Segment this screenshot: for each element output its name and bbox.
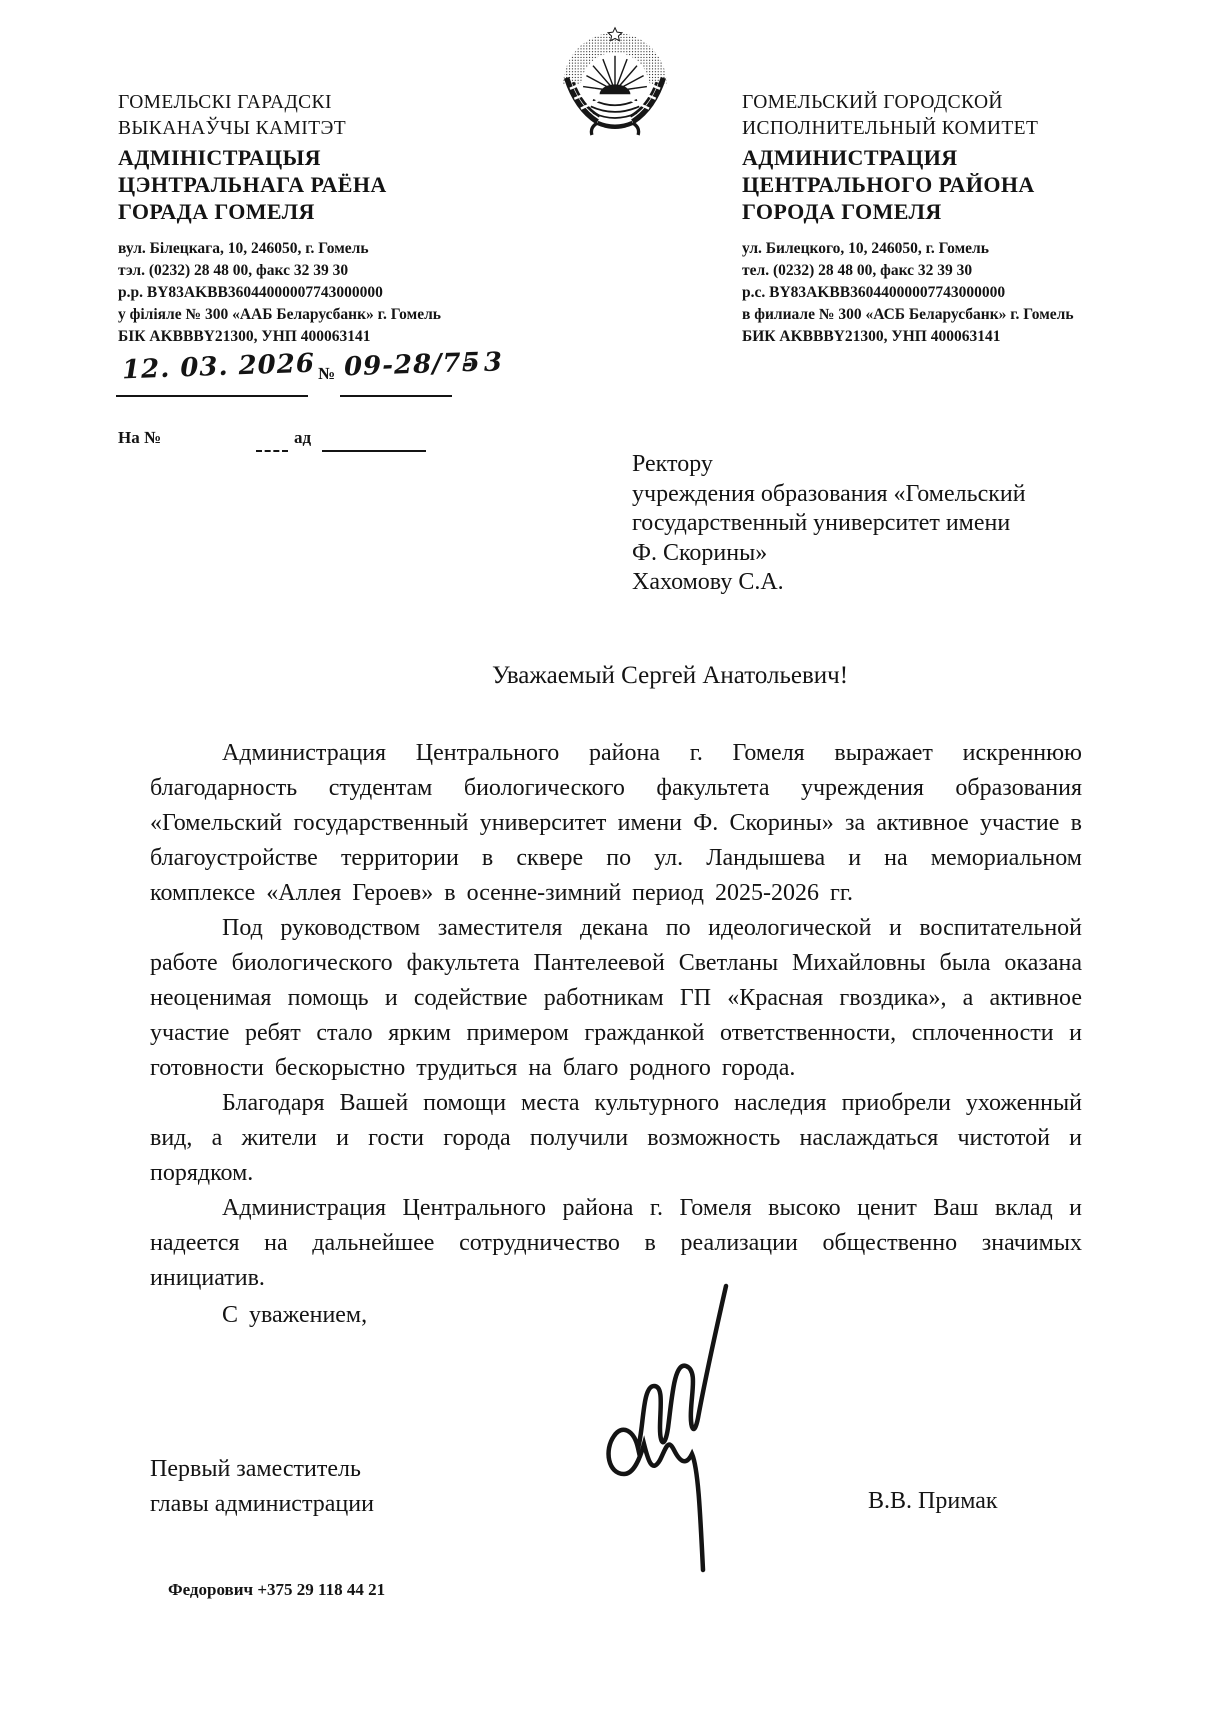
letterhead-right-committee-line: ИСПОЛНИТЕЛЬНЫЙ КОМИТЕТ: [742, 116, 1038, 142]
recipient-line: учреждения образования «Гомельский: [632, 480, 1112, 510]
reply-number-label: На №: [118, 428, 161, 448]
letterhead-left-administration-line: ЦЭНТРАЛЬНАГА РАЁНА: [118, 171, 387, 198]
recipient-line: Ф. Скорины»: [632, 539, 1112, 569]
date-underline: [116, 395, 308, 397]
address-line: вул. Білецкага, 10, 246050, г. Гомель: [118, 238, 441, 260]
letterhead-left-committee-line: ВЫКАНАЎЧЫ КАМІТЭТ: [118, 116, 346, 142]
letterhead-right-administration-line: АДМИНИСТРАЦИЯ: [742, 144, 1035, 171]
letter-body: Администрация Центрального района г. Гом…: [150, 736, 1082, 1333]
letterhead-right-administration-line: ЦЕНТРАЛЬНОГО РАЙОНА: [742, 171, 1035, 198]
address-line: тэл. (0232) 28 48 00, факс 32 39 30: [118, 260, 441, 282]
signer-name: В.В. Примак: [868, 1488, 998, 1515]
body-paragraph: Под руководством заместителя декана по и…: [150, 911, 1082, 1086]
number-label: №: [318, 364, 335, 384]
letterhead-right-committee-line: ГОМЕЛЬСКИЙ ГОРОДСКОЙ: [742, 90, 1038, 116]
scanned-letter-page: ГОМЕЛЬСКІ ГАРАДСКІ ВЫКАНАЎЧЫ КАМІТЭТ АДМ…: [0, 0, 1226, 1709]
letterhead-left-administration: АДМІНІСТРАЦЫЯ ЦЭНТРАЛЬНАГА РАЁНА ГОРАДА …: [118, 144, 387, 225]
address-line: в филиале № 300 «АСБ Беларусбанк» г. Гом…: [742, 304, 1074, 326]
letterhead-left-committee: ГОМЕЛЬСКІ ГАРАДСКІ ВЫКАНАЎЧЫ КАМІТЭТ: [118, 90, 346, 142]
reply-from-label: ад: [294, 428, 311, 448]
body-paragraph: Благодаря Вашей помощи места культурного…: [150, 1086, 1082, 1191]
address-line: у філіяле № 300 «ААБ Беларусбанк» г. Гом…: [118, 304, 441, 326]
signer-title-line: главы администрации: [150, 1487, 374, 1522]
address-line: р.р. BY83AKBB36044000007743000000: [118, 282, 441, 304]
letterhead-left-administration-line: АДМІНІСТРАЦЫЯ: [118, 144, 387, 171]
number-underline: [340, 395, 452, 397]
handwritten-date: 12. 03. 2026: [122, 349, 316, 386]
body-paragraph: Администрация Центрального района г. Гом…: [150, 736, 1082, 911]
letterhead-right-administration-line: ГОРОДА ГОМЕЛЯ: [742, 198, 1035, 225]
address-line: БІК AKBBBY21300, УНП 400063141: [118, 326, 441, 348]
reply-from-underline: [322, 450, 426, 452]
address-line: тел. (0232) 28 48 00, факс 32 39 30: [742, 260, 1074, 282]
letterhead-left-committee-line: ГОМЕЛЬСКІ ГАРАДСКІ: [118, 90, 346, 116]
recipient-line: государственный университет имени: [632, 509, 1112, 539]
address-line: ул. Билецкого, 10, 246050, г. Гомель: [742, 238, 1074, 260]
letterhead-left-address: вул. Білецкага, 10, 246050, г. Гомель тэ…: [118, 238, 441, 348]
reply-number-underline: [256, 450, 288, 452]
salutation: Уважаемый Сергей Анатольевич!: [170, 662, 1170, 690]
address-line: БИК AKBBBY21300, УНП 400063141: [742, 326, 1074, 348]
recipient-line: Хахомову С.А.: [632, 568, 1112, 598]
recipient-block: Ректору учреждения образования «Гомельск…: [632, 450, 1112, 598]
letterhead-right-administration: АДМИНИСТРАЦИЯ ЦЕНТРАЛЬНОГО РАЙОНА ГОРОДА…: [742, 144, 1035, 225]
handwritten-number-suffix: - 3: [461, 347, 503, 378]
signer-title-line: Первый заместитель: [150, 1452, 374, 1487]
belarus-state-emblem-icon: [560, 24, 670, 141]
recipient-line: Ректору: [632, 450, 1112, 480]
letterhead-left-administration-line: ГОРАДА ГОМЕЛЯ: [118, 198, 387, 225]
address-line: р.с. BY83AKBB36044000007743000000: [742, 282, 1074, 304]
executor-contact: Федорович +375 29 118 44 21: [168, 1580, 385, 1600]
signer-title: Первый заместитель главы администрации: [150, 1452, 374, 1522]
letterhead-right-address: ул. Билецкого, 10, 246050, г. Гомель тел…: [742, 238, 1074, 348]
letterhead-right-committee: ГОМЕЛЬСКИЙ ГОРОДСКОЙ ИСПОЛНИТЕЛЬНЫЙ КОМИ…: [742, 90, 1038, 142]
handwritten-signature-icon: [598, 1278, 758, 1583]
